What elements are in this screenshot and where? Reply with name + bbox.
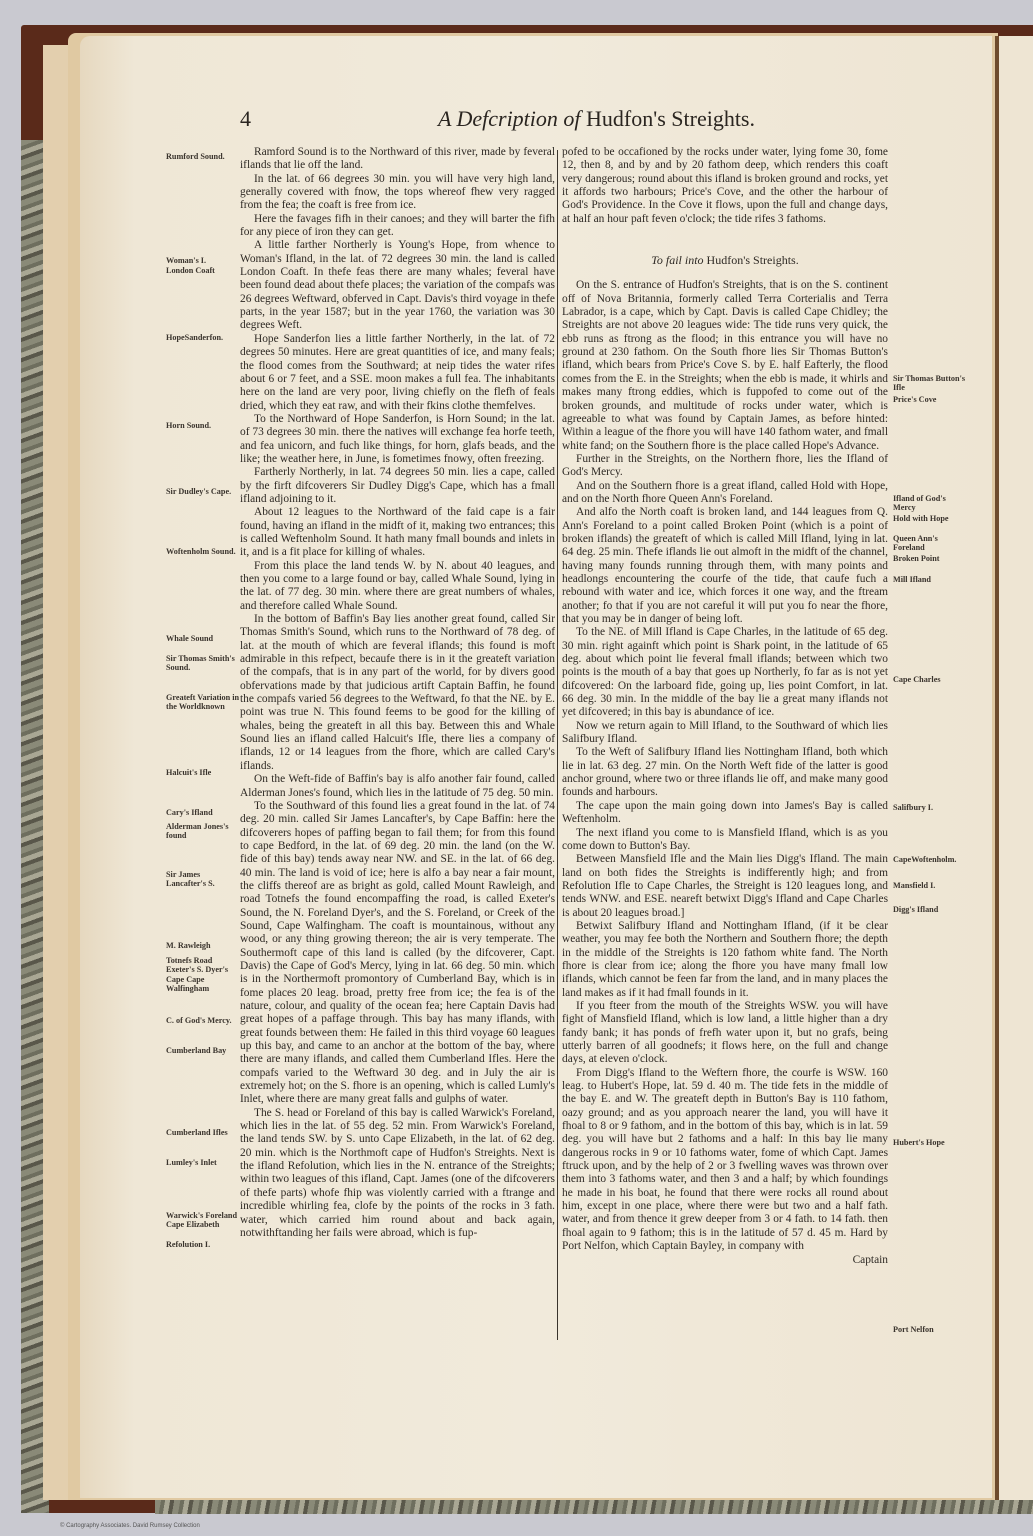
title-roman-part: Hudfon's Streights. (586, 106, 755, 131)
margin-note: Price's Cove (893, 395, 967, 404)
margin-note: Horn Sound. (166, 421, 240, 430)
section-subheading: To fail into Hudfon's Streights. (562, 254, 888, 267)
margin-note: Mansfield I. (893, 881, 967, 890)
margin-note: Salifbury I. (893, 803, 967, 812)
margin-note: Woman's I. (166, 256, 240, 265)
margin-note: Refolution I. (166, 1240, 240, 1249)
page-header: 4 A Defcription of Hudfon's Streights. (160, 106, 755, 140)
paragraph: A little farther Northerly is Young's Ho… (240, 239, 555, 332)
margin-note: London Coaft (166, 266, 240, 275)
paragraph: Here the favages fifh in their canoes; a… (240, 213, 555, 240)
page-number: 4 (240, 106, 251, 132)
paragraph: The S. head or Foreland of this bay is c… (240, 1107, 555, 1240)
paragraph: Fartherly Northerly, in lat. 74 degrees … (240, 466, 555, 506)
paragraph: On the Weft-fide of Baffin's bay is alfo… (240, 773, 555, 800)
paragraph: Further in the Streights, on the Norther… (562, 453, 888, 480)
paragraph: The next ifland you come to is Mansfield… (562, 827, 888, 854)
facing-page-edge (999, 36, 1033, 1500)
paragraph: Ramford Sound is to the Northward of thi… (240, 146, 555, 173)
paragraph: From Digg's Ifland to the Weftern fhore,… (562, 1067, 888, 1254)
left-column: Ramford Sound is to the Northward of thi… (240, 146, 555, 1240)
paragraph: From this place the land tends W. by N. … (240, 560, 555, 613)
margin-note: Cary's Ifland (166, 808, 240, 817)
margin-note: Hold with Hope (893, 514, 967, 523)
margin-note: Hubert's Hope (893, 1138, 967, 1147)
margin-note: Greateft Variation in the Worldknown (166, 693, 240, 712)
paragraph: To the NE. of Mill Ifland is Cape Charle… (562, 626, 888, 719)
margin-note: Ifland of God's Mercy (893, 494, 967, 513)
margin-note: Port Nelfon (893, 1325, 967, 1334)
title-italic-of: of (563, 106, 580, 131)
margin-note: Halcuit's Ifle (166, 768, 240, 777)
margin-note: Cape Charles (893, 675, 967, 684)
subheading-italic: To fail into (651, 253, 703, 267)
margin-note: C. of God's Mercy. (166, 1016, 240, 1025)
copyright-notice: © Cartography Associates. David Rumsey C… (60, 1523, 200, 1529)
margin-note: Woftenholm Sound. (166, 547, 240, 556)
marbled-board-bottom (155, 1500, 1033, 1514)
margin-note: Alderman Jones's found (166, 822, 240, 841)
margin-note: M. Rawleigh (166, 941, 240, 950)
paragraph: In the bottom of Baffin's Bay lies anoth… (240, 613, 555, 773)
margin-note: Cumberland Bay (166, 1046, 240, 1055)
margin-note: Sir Thomas Smith's Sound. (166, 654, 240, 673)
catchword: Captain (562, 1254, 888, 1267)
paragraph: On the S. entrance of Hudfon's Streights… (562, 279, 888, 452)
margin-note: Lumley's Inlet (166, 1158, 240, 1167)
margin-note: CapeWoftenholm. (893, 855, 967, 864)
margin-note: Sir James Lancafter's S. (166, 870, 240, 889)
paragraph: Hope Sanderfon lies a little farther Nor… (240, 333, 555, 413)
margin-note: Cumberland Ifles (166, 1128, 240, 1137)
margin-note: Mill Ifland (893, 575, 967, 584)
running-title: A Defcription of Hudfon's Streights. (438, 106, 755, 132)
margin-note: Queen Ann's Foreland (893, 534, 967, 553)
margin-note: Warwick's Foreland Cape Elizabeth (166, 1211, 240, 1230)
margin-note: Broken Point (893, 554, 967, 563)
paragraph: In the lat. of 66 degrees 30 min. you wi… (240, 173, 555, 213)
paragraph: And on the Southern fhore is a great ifl… (562, 480, 888, 507)
margin-note: Whale Sound (166, 634, 240, 643)
column-divider (557, 150, 558, 1340)
title-italic-part: A Defcription (438, 106, 558, 131)
right-column: pofed to be occafioned by the rocks unde… (562, 146, 888, 1267)
margin-note: Rumford Sound. (166, 152, 240, 161)
paragraph: If you fteer from the mouth of the Strei… (562, 1000, 888, 1067)
margin-note: Digg's Ifland (893, 905, 967, 914)
paragraph: To the Southward of this found lies a gr… (240, 800, 555, 1107)
paragraph: Between Mansfield Ifle and the Main lies… (562, 853, 888, 920)
subheading-roman: Hudfon's Streights. (707, 253, 799, 267)
paragraph: Now we return again to Mill Ifland, to t… (562, 720, 888, 747)
paragraph: To the Northward of Hope Sanderfon, is H… (240, 413, 555, 466)
paragraph-continuation: pofed to be occafioned by the rocks unde… (562, 146, 888, 226)
margin-note: Totnefs Road Exeter's S. Dyer's Cape Cap… (166, 956, 240, 994)
paragraph: About 12 leagues to the Northward of the… (240, 506, 555, 559)
paragraph: Betwixt Salifbury Ifland and Nottingham … (562, 920, 888, 1000)
paragraph: And alfo the North coaft is broken land,… (562, 506, 888, 626)
margin-note: Sir Thomas Button's Ifle (893, 374, 967, 393)
margin-note: Sir Dudley's Cape. (166, 487, 240, 496)
margin-note: HopeSanderfon. (166, 333, 240, 342)
paragraph: To the Weft of Salifbury Ifland lies Not… (562, 746, 888, 799)
paragraph: The cape upon the main going down into J… (562, 800, 888, 827)
